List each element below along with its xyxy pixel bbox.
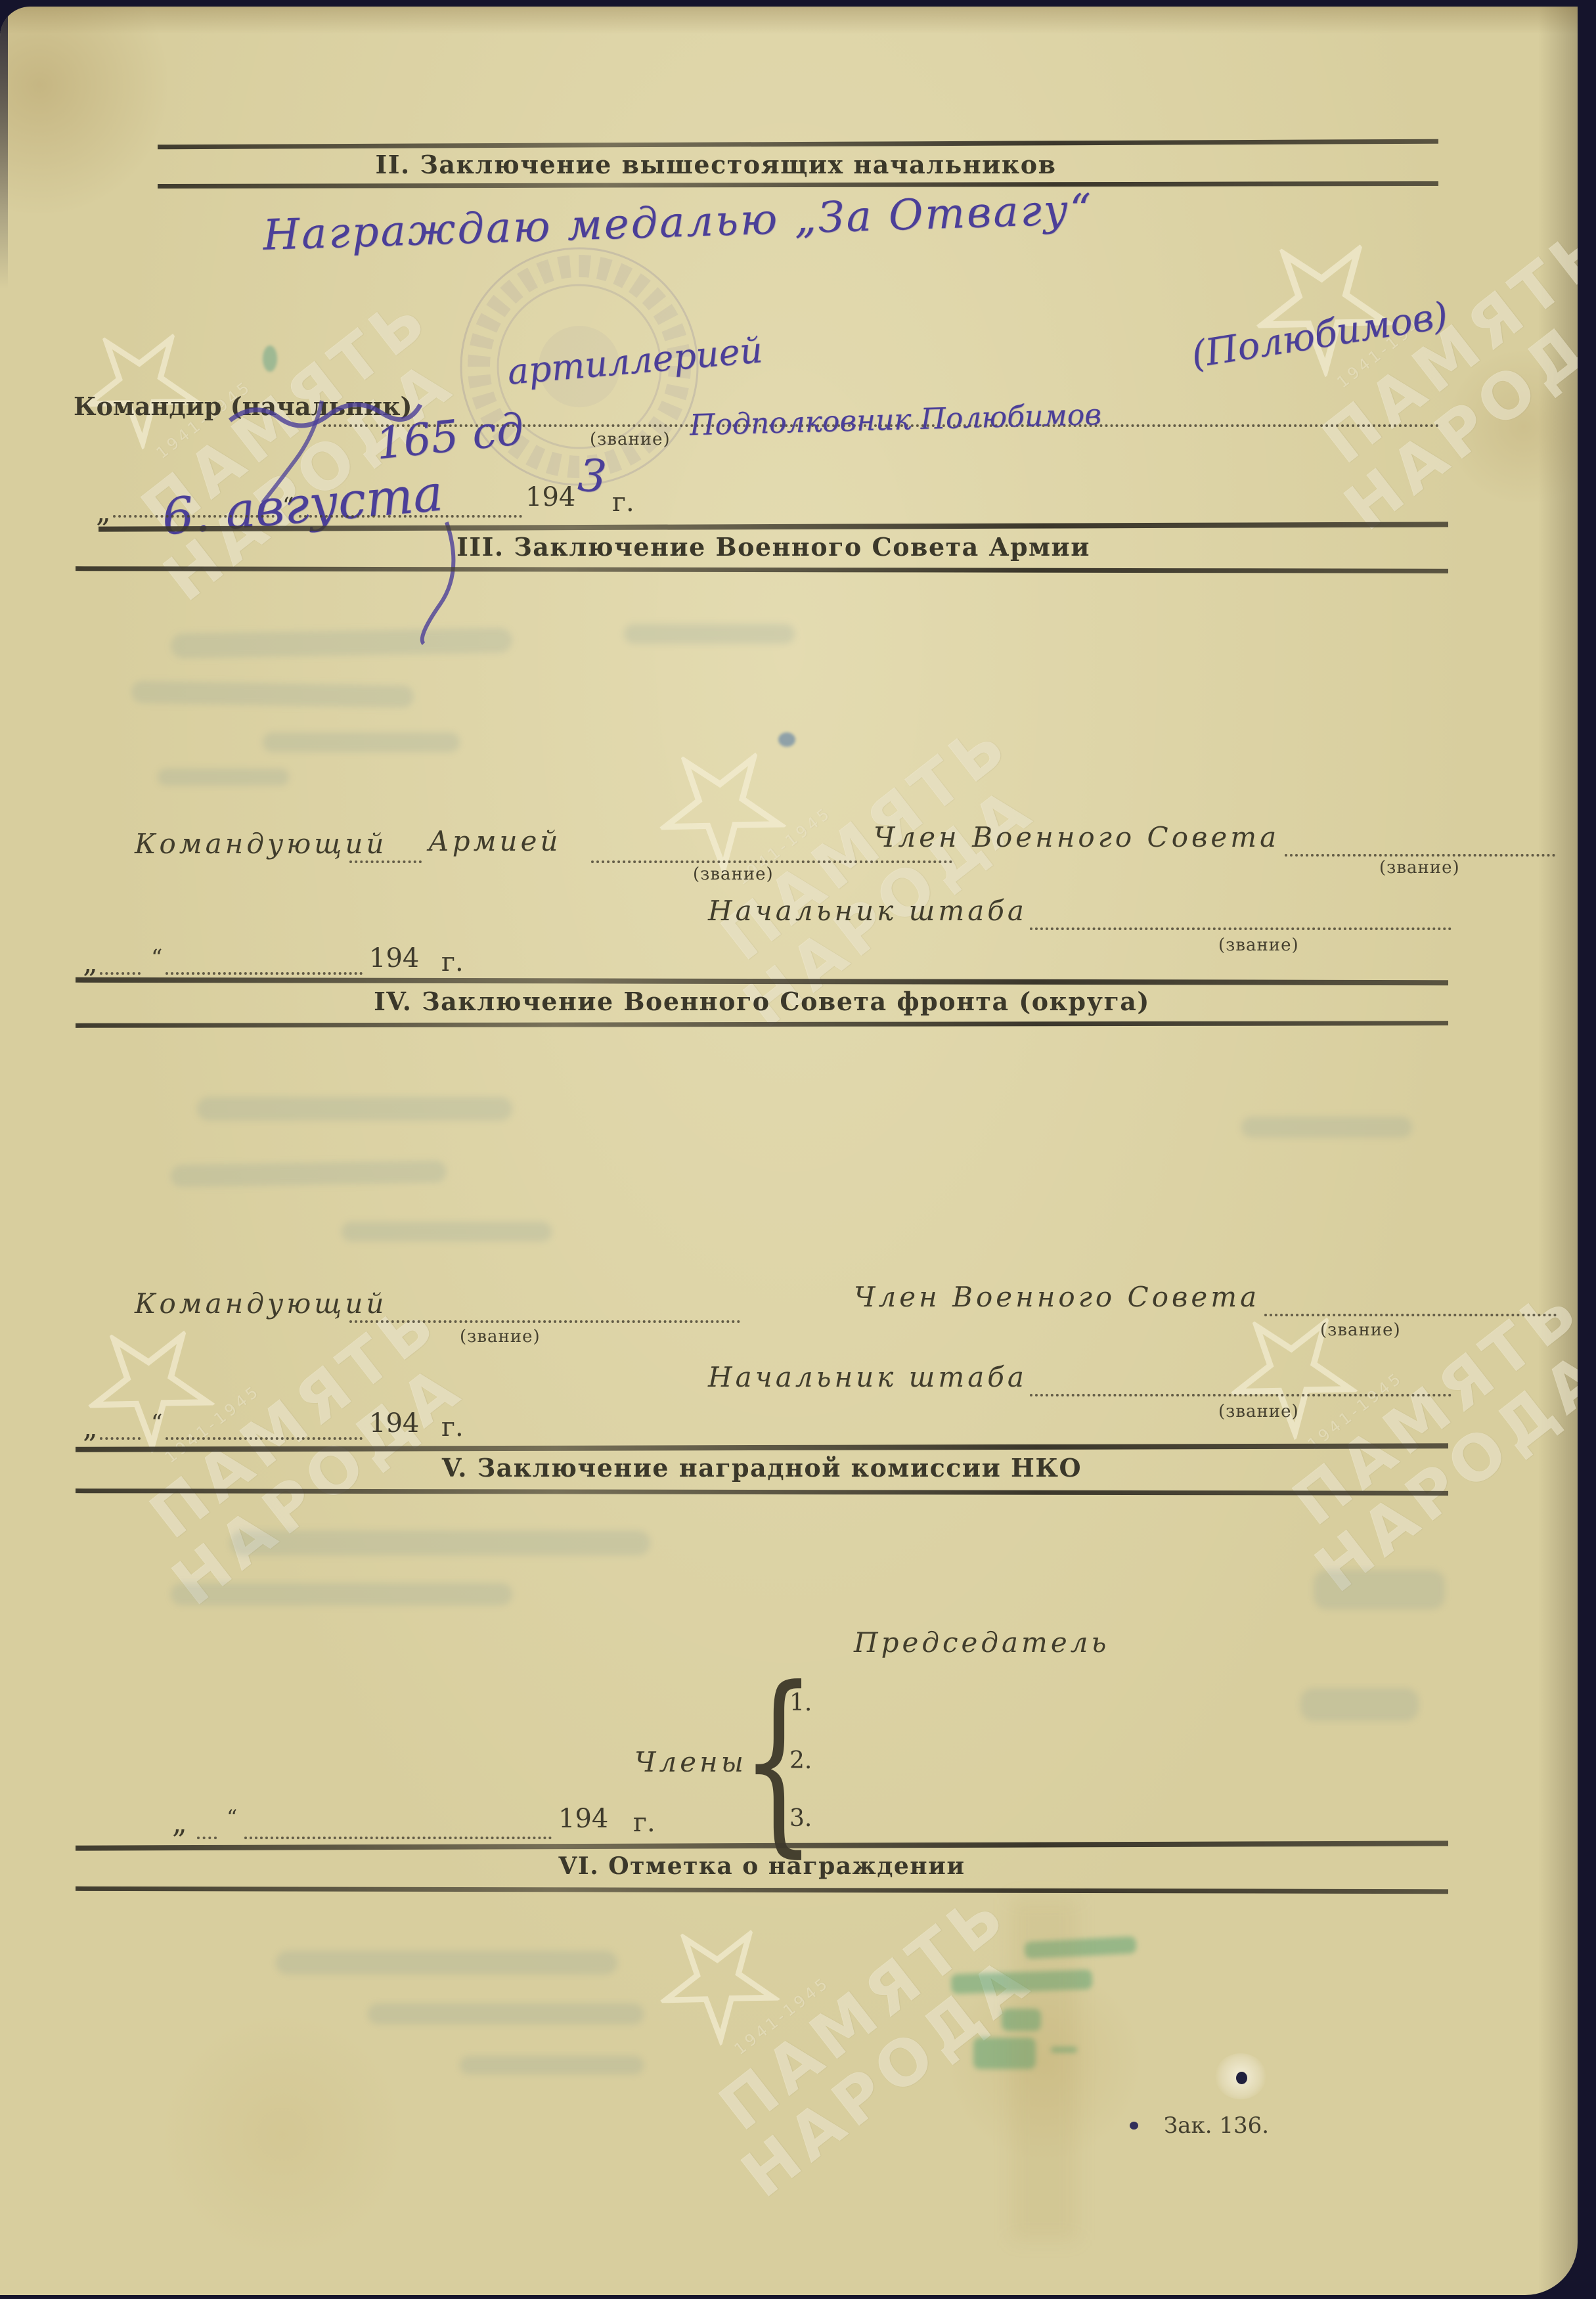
bleedthrough-smudge	[460, 2056, 644, 2074]
members-label: Члены	[634, 1746, 747, 1778]
council-member-label: Член Военного Совета	[854, 1281, 1260, 1313]
bleedthrough-smudge	[171, 1583, 512, 1605]
bleedthrough-smudge	[1300, 1688, 1419, 1721]
fill-in-line	[100, 968, 141, 975]
print-code: Зак. 136.	[1164, 2112, 1269, 2139]
rank-caption: (звание)	[1379, 858, 1460, 878]
section-divider	[158, 181, 1438, 189]
date-close-quote: “	[227, 1805, 237, 1830]
bleedthrough-smudge	[158, 769, 289, 786]
handwritten-year-digit: 3	[576, 450, 608, 504]
paper-stain	[1011, 1898, 1077, 2240]
bleedthrough-smudge	[230, 1530, 650, 1555]
chief-of-staff-label: Начальник штаба	[708, 1361, 1027, 1393]
paper-damage-hole	[1236, 2072, 1247, 2084]
fill-in-line	[349, 1316, 740, 1323]
handwritten-rank-signature: Подполковник Полюбимов	[689, 398, 1101, 442]
year-printed: 194	[369, 1408, 419, 1439]
fill-in-line	[1030, 1390, 1452, 1396]
member-number-2: 2.	[789, 1747, 812, 1774]
date-open-quote: „	[96, 495, 111, 529]
bleedthrough-smudge	[131, 681, 414, 707]
commander-label: Командующий	[135, 828, 387, 860]
bleedthrough-smudge	[263, 732, 460, 752]
pamyat-naroda-watermark: 1941-1945 ПАМЯТЬ НАРОДА	[621, 594, 1063, 1025]
fill-in-line	[100, 1433, 141, 1440]
bleedthrough-smudge	[624, 624, 795, 644]
council-member-label: Член Военного Совета	[874, 821, 1279, 853]
year-suffix: г.	[633, 1808, 655, 1838]
bleedthrough-smudge	[171, 1160, 447, 1187]
army-label: Армией	[428, 825, 561, 857]
date-close-quote: “	[151, 945, 162, 971]
ink-dot	[1130, 2122, 1138, 2130]
fill-in-line	[1264, 1310, 1557, 1316]
fill-in-line	[197, 1833, 217, 1839]
rank-caption: (звание)	[1218, 1402, 1299, 1421]
chief-of-staff-label: Начальник штаба	[708, 895, 1027, 927]
section4-heading: IV. Заключение Военного Совета фронта (о…	[76, 987, 1448, 1016]
ink-speck	[778, 732, 795, 747]
section-divider	[158, 139, 1438, 150]
date-open-quote: „	[172, 1806, 187, 1840]
rank-caption: (звание)	[693, 864, 774, 884]
member-number-1: 1.	[789, 1689, 812, 1716]
rank-caption: (звание)	[460, 1327, 541, 1347]
fill-in-line	[591, 857, 952, 863]
year-suffix: г.	[612, 487, 634, 518]
bleedthrough-smudge	[1241, 1117, 1412, 1138]
bleedthrough-smudge	[368, 2003, 644, 2024]
section3-heading: III. Заключение Военного Совета Армии	[99, 532, 1448, 562]
fill-in-line	[166, 1433, 363, 1440]
date-open-quote: „	[83, 1411, 98, 1444]
year-printed: 194	[369, 943, 419, 973]
section6-heading: VI. Отметка о награждении	[76, 1852, 1448, 1880]
fill-in-line	[166, 968, 363, 975]
rank-caption: (звание)	[1218, 935, 1299, 955]
fill-in-line	[1030, 924, 1452, 930]
section-divider	[76, 566, 1448, 573]
scan-edge-shadow	[0, 7, 8, 289]
year-suffix: г.	[441, 1412, 464, 1442]
date-close-quote: “	[151, 1410, 162, 1436]
rank-caption: (звание)	[590, 430, 671, 449]
date-close-quote: “	[282, 493, 294, 519]
bleedthrough-smudge	[276, 1951, 617, 1975]
bleedthrough-smudge	[197, 1097, 512, 1121]
rank-caption: (звание)	[1320, 1320, 1401, 1340]
bleedthrough-smudge	[1314, 1570, 1445, 1609]
section-divider	[76, 1021, 1448, 1028]
year-printed: 194	[525, 482, 575, 512]
commander-label: Командующий	[135, 1287, 387, 1320]
section2-heading: II. Заключение вышестоящих начальников	[125, 150, 1307, 179]
pamyat-naroda-watermark: 1941-1945 ПАМЯТЬ НАРОДА	[1192, 1159, 1578, 1590]
fill-in-line	[349, 857, 422, 863]
fill-in-line	[299, 511, 522, 518]
ink-speck	[263, 346, 277, 372]
award-sheet-scan: 1941-1945 ПАМЯТЬ НАРОДА 1941-1945 ПАМЯТЬ…	[0, 7, 1578, 2295]
member-number-3: 3.	[789, 1805, 812, 1832]
fill-in-line	[1285, 850, 1555, 857]
bleedthrough-smudge	[342, 1222, 552, 1241]
fill-in-line	[113, 511, 275, 518]
section5-heading: V. Заключение наградной комиссии НКО	[76, 1453, 1448, 1483]
fill-in-line	[244, 1833, 552, 1839]
year-printed: 194	[558, 1804, 608, 1834]
chairman-label: Председатель	[854, 1626, 1109, 1659]
date-open-quote: „	[83, 946, 98, 979]
year-suffix: г.	[441, 947, 464, 977]
